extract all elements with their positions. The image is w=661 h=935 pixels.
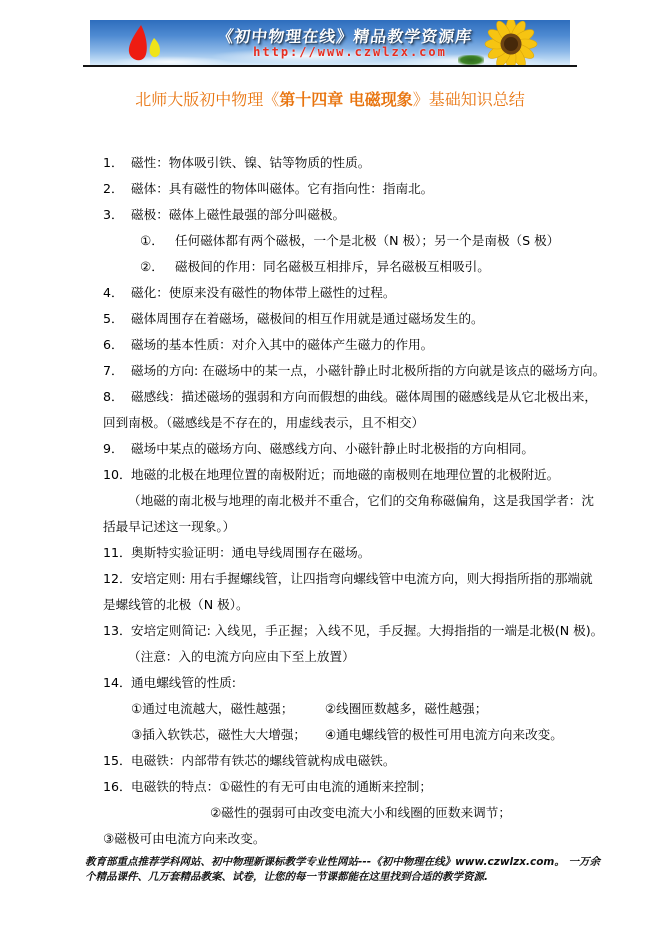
list-text: （注意：入的电流方向应由下至上放置） (128, 649, 355, 664)
footer-note-line: 个精品课件、几万套精品教案、试卷，让您的每一节课都能在这里找到合适的教学资源. (85, 870, 590, 885)
list-number: 16． (103, 774, 131, 800)
page-title-prefix: 北师大版初中物理《 (135, 90, 279, 109)
list-line: 10．地磁的北极在地理位置的南极附近；而地磁的南极则在地理位置的北极附近。 (103, 462, 590, 488)
list-text: ②磁性的强弱可由改变电流大小和线圈的匝数来调节； (210, 805, 511, 820)
list-number: 9． (103, 436, 131, 462)
list-text: 地磁的北极在地理位置的南极附近；而地磁的南极则在地理位置的北极附近。 (131, 467, 559, 482)
list-line: 1．磁性：物体吸引铁、镍、钴等物质的性质。 (103, 150, 590, 176)
list-text: 任何磁体都有两个磁极，一个是北极（N 极）；另一个是南极（S 极） (175, 233, 559, 248)
list-line: 11．奥斯特实验证明：通电导线周围存在磁场。 (103, 540, 590, 566)
page-title: 北师大版初中物理《第十四章 电磁现象》基础知识总结 (83, 87, 577, 110)
footer-note-line: 教育部重点推荐学科网站、初中物理新课标教学专业性网站---《初中物理在线》www… (85, 855, 590, 870)
list-number: 4． (103, 280, 131, 306)
list-text: （地磁的南北极与地理的南北极并不重合，它们的交角称磁偏角，这是我国学者：沈 (128, 493, 594, 508)
list-line: 14．通电螺线管的性质: (103, 670, 590, 696)
list-text: 奥斯特实验证明：通电导线周围存在磁场。 (131, 545, 370, 560)
list-line: 16．电磁铁的特点：①磁性的有无可由电流的通断来控制； (103, 774, 590, 800)
list-number: 7． (103, 358, 131, 384)
list-line: 4．磁化：使原来没有磁性的物体带上磁性的过程。 (103, 280, 590, 306)
list-line: 括最早记述这一现象。） (103, 514, 590, 540)
list-text: 磁极间的作用：同名磁极互相排斥，异名磁极互相吸引。 (175, 259, 490, 274)
list-number: 2． (103, 176, 131, 202)
list-line: ③磁极可由电流方向来改变。 (103, 826, 590, 852)
list-number: 13． (103, 618, 131, 644)
list-line: 是螺线管的北极（N 极）。 (103, 592, 590, 618)
list-number: 3． (103, 202, 131, 228)
list-line: 回到南极。（磁感线是不存在的，用虚线表示，且不相交） (103, 410, 590, 436)
banner-divider-rule (83, 65, 577, 67)
footer-note: 教育部重点推荐学科网站、初中物理新课标教学专业性网站---《初中物理在线》www… (85, 855, 590, 884)
list-number: 15． (103, 748, 131, 774)
list-line: 2．磁体：具有磁性的物体叫磁体。它有指向性：指南北。 (103, 176, 590, 202)
list-line: 8．磁感线：描述磁场的强弱和方向而假想的曲线。磁体周围的磁感线是从它北极出来， (103, 384, 590, 410)
list-line: ③插入软铁芯，磁性大大增强； ④通电螺线管的极性可用电流方向来改变。 (103, 722, 590, 748)
sunflower-icon (484, 20, 544, 65)
list-line: ①通过电流越大，磁性越强； ②线圈匝数越多，磁性越强； (103, 696, 590, 722)
list-number: ②． (140, 254, 175, 280)
list-number: 11． (103, 540, 131, 566)
list-line: 3．磁极：磁体上磁性最强的部分叫磁极。 (103, 202, 590, 228)
leaves-decoration (458, 55, 484, 65)
page-title-suffix: 》基础知识总结 (413, 90, 525, 109)
list-text: 括最早记述这一现象。） (103, 519, 235, 534)
list-number: 12． (103, 566, 131, 592)
list-text: 电磁铁的特点：①磁性的有无可由电流的通断来控制； (131, 779, 432, 794)
list-line: ①．任何磁体都有两个磁极，一个是北极（N 极）；另一个是南极（S 极） (103, 228, 590, 254)
list-line: ②．磁极间的作用：同名磁极互相排斥，异名磁极互相吸引。 (103, 254, 590, 280)
list-text: 磁场的方向: 在磁场中的某一点，小磁针静止时北极所指的方向就是该点的磁场方向。 (131, 363, 605, 378)
list-number: 1． (103, 150, 131, 176)
list-text: 安培定则: 用右手握螺线管，让四指弯向螺线管中电流方向，则大拇指所指的那端就 (131, 571, 593, 586)
site-banner: 《初中物理在线》精品教学资源库 http://www.czwlzx.com (90, 20, 570, 65)
list-number: 10． (103, 462, 131, 488)
list-line: 6．磁场的基本性质：对介入其中的磁体产生磁力的作用。 (103, 332, 590, 358)
list-number: ①． (140, 228, 175, 254)
list-line: 5．磁体周围存在着磁场，磁极间的相互作用就是通过磁场发生的。 (103, 306, 590, 332)
list-line: 9．磁场中某点的磁场方向、磁感线方向、小磁针静止时北极指的方向相同。 (103, 436, 590, 462)
list-text: 磁体：具有磁性的物体叫磁体。它有指向性：指南北。 (131, 181, 433, 196)
content-lines: 1．磁性：物体吸引铁、镍、钴等物质的性质。2．磁体：具有磁性的物体叫磁体。它有指… (103, 150, 590, 852)
list-text: 磁化：使原来没有磁性的物体带上磁性的过程。 (131, 285, 395, 300)
list-text: 电磁铁：内部带有铁芯的螺线管就构成电磁铁。 (131, 753, 395, 768)
list-line: 7．磁场的方向: 在磁场中的某一点，小磁针静止时北极所指的方向就是该点的磁场方向… (103, 358, 590, 384)
list-line: 15．电磁铁：内部带有铁芯的螺线管就构成电磁铁。 (103, 748, 590, 774)
list-number: 5． (103, 306, 131, 332)
list-text: ③磁极可由电流方向来改变。 (103, 831, 265, 846)
list-text: ①通过电流越大，磁性越强； ②线圈匝数越多，磁性越强； (131, 701, 487, 716)
list-text: 通电螺线管的性质: (131, 675, 236, 690)
list-line: （地磁的南北极与地理的南北极并不重合，它们的交角称磁偏角，这是我国学者：沈 (103, 488, 590, 514)
list-text: 磁场中某点的磁场方向、磁感线方向、小磁针静止时北极指的方向相同。 (131, 441, 534, 456)
list-number: 14． (103, 670, 131, 696)
list-line: 13．安培定则简记: 入线见，手正握；入线不见，手反握。大拇指指的一端是北极(N… (103, 618, 590, 644)
list-text: ③插入软铁芯，磁性大大增强； ④通电螺线管的极性可用电流方向来改变。 (131, 727, 563, 742)
list-line: 12．安培定则: 用右手握螺线管，让四指弯向螺线管中电流方向，则大拇指所指的那端… (103, 566, 590, 592)
list-text: 回到南极。（磁感线是不存在的，用虚线表示，且不相交） (103, 415, 424, 430)
page-title-chapter: 第十四章 电磁现象 (279, 90, 413, 109)
list-number: 8． (103, 384, 131, 410)
list-text: 安培定则简记: 入线见，手正握；入线不见，手反握。大拇指指的一端是北极(N 极)… (131, 623, 603, 638)
list-text: 磁极：磁体上磁性最强的部分叫磁极。 (131, 207, 345, 222)
list-text: 磁性：物体吸引铁、镍、钴等物质的性质。 (131, 155, 370, 170)
list-line: （注意：入的电流方向应由下至上放置） (103, 644, 590, 670)
list-line: ②磁性的强弱可由改变电流大小和线圈的匝数来调节； (103, 800, 590, 826)
list-text: 磁感线：描述磁场的强弱和方向而假想的曲线。磁体周围的磁感线是从它北极出来， (131, 389, 597, 404)
list-text: 是螺线管的北极（N 极）。 (103, 597, 249, 612)
list-text: 磁场的基本性质：对介入其中的磁体产生磁力的作用。 (131, 337, 433, 352)
list-text: 磁体周围存在着磁场，磁极间的相互作用就是通过磁场发生的。 (131, 311, 484, 326)
list-number: 6． (103, 332, 131, 358)
